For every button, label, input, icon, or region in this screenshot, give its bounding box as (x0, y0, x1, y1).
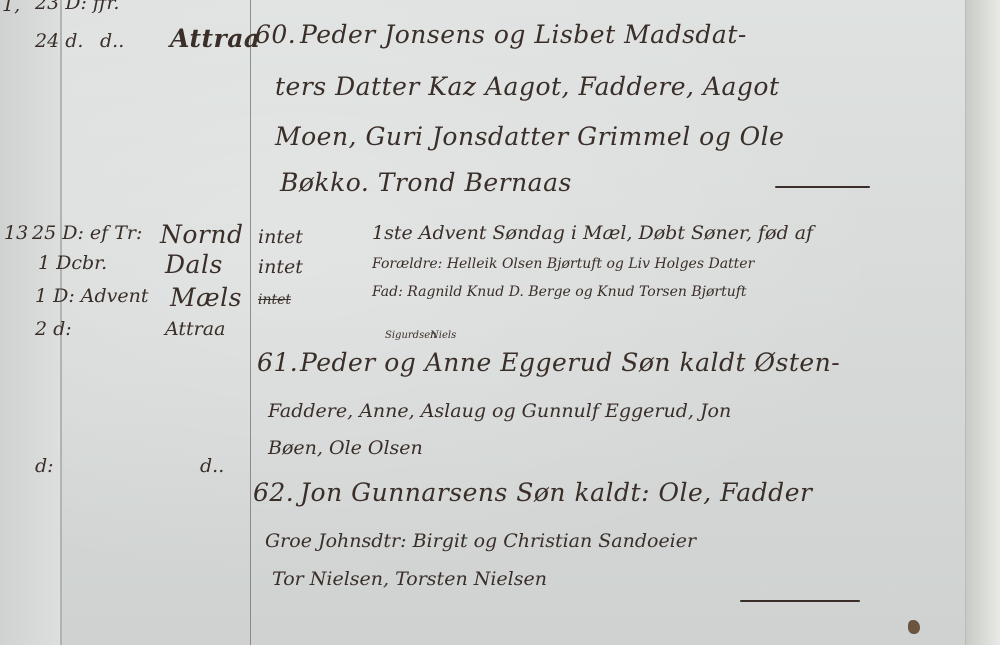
ink-blot (908, 620, 920, 634)
superscript-note: Niels (430, 330, 456, 341)
entry-line: Bøen, Ole Olsen (268, 437, 423, 459)
note-cell-struck: intet (258, 292, 291, 308)
entry-line: Fad: Ragnild Knud D. Berge og Knud Torse… (372, 284, 747, 300)
date-cell: d: (35, 455, 54, 477)
edge-mark: 1, (2, 0, 20, 16)
entry-line: Jon Gunnarsens Søn kaldt: Ole, Fadder (300, 478, 812, 507)
date-cell: 24 d. (35, 30, 83, 52)
place-cell: Dals (165, 250, 223, 279)
date-cell: 23 D: ffr. (35, 0, 119, 14)
entry-line: Peder og Anne Eggerud Søn kaldt Østen- (300, 348, 840, 377)
register-page: 1, 13 23 D: ffr. 24 d. d.. Attraa 25 D: … (0, 0, 1000, 645)
superscript-note: Sigurdsen (385, 330, 437, 341)
place-cell: Attraa (170, 24, 261, 53)
column-divider (250, 0, 251, 645)
entry-line: Peder Jonsens og Lisbet Madsdat- (300, 20, 747, 49)
note-cell: intet (258, 226, 303, 248)
entry-number: 61. (257, 348, 298, 377)
ditto-mark: d.. (100, 30, 124, 52)
entry-number: 62. (253, 478, 294, 507)
entry-line: ters Datter Kaz Aagot, Faddere, Aagot (275, 72, 780, 101)
date-cell: 1 D: Advent (35, 285, 149, 307)
entry-line: Groe Johnsdtr: Birgit og Christian Sando… (265, 530, 696, 552)
entry-line: Faddere, Anne, Aslaug og Gunnulf Eggerud… (268, 400, 731, 422)
place-cell: Attraa (165, 318, 225, 340)
entry-line: Tor Nielsen, Torsten Nielsen (272, 568, 547, 590)
end-flourish (775, 186, 870, 188)
date-cell: 2 d: (35, 318, 72, 340)
edge-mark: 13 (4, 222, 28, 244)
next-page-edge (965, 0, 1000, 645)
place-cell: Nornd (160, 220, 243, 249)
note-cell: intet (258, 256, 303, 278)
entry-line: 1ste Advent Søndag i Mæl, Døbt Søner, fø… (372, 222, 813, 244)
end-flourish (740, 600, 860, 602)
ditto-mark: d.. (200, 455, 224, 477)
entry-line: Moen, Guri Jonsdatter Grimmel og Ole (275, 122, 784, 151)
date-cell: 1 Dcbr. (38, 252, 107, 274)
place-cell: Mæls (170, 283, 242, 312)
date-cell: 25 D: ef Tr: (32, 222, 142, 244)
entry-line: Bøkko. Trond Bernaas (280, 168, 572, 197)
entry-number: 60. (255, 20, 296, 49)
entry-line: Forældre: Helleik Olsen Bjørtuft og Liv … (372, 256, 754, 272)
